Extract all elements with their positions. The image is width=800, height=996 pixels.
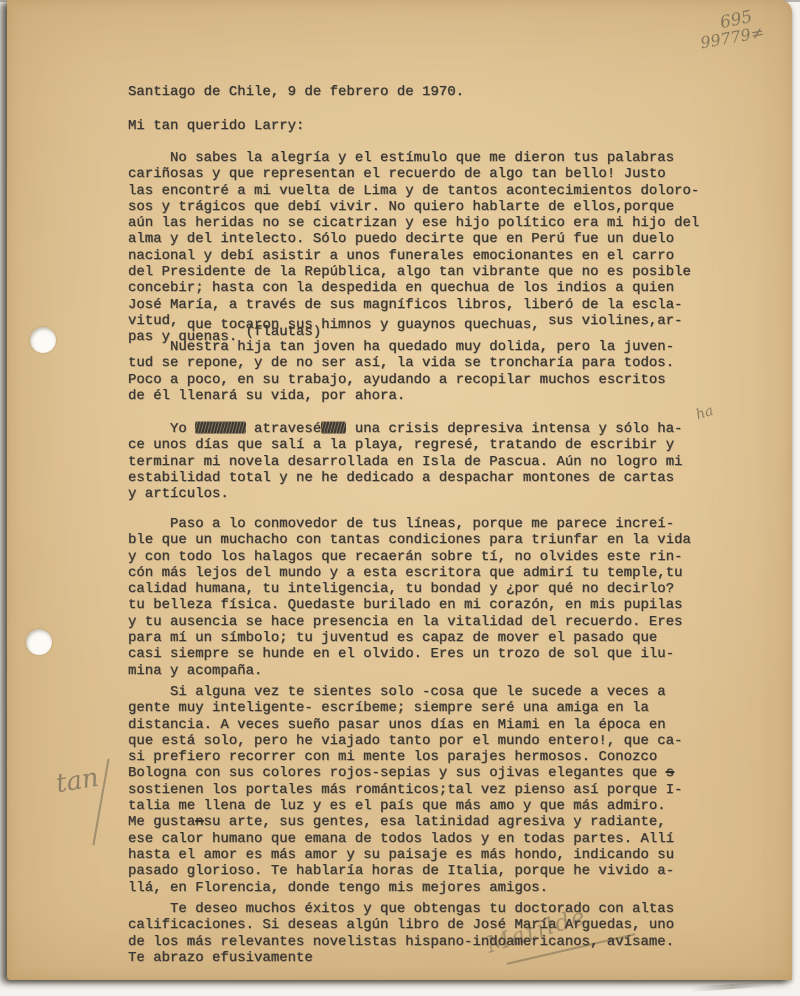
- ink-scribble: [195, 422, 245, 433]
- letter-line: No sabes la alegría y el estímulo que me…: [128, 150, 699, 166]
- letter-line: y artículos.: [128, 486, 683, 502]
- letter-text-segment: sus violines,ar-: [540, 313, 683, 329]
- letter-text-segment: n: [195, 814, 203, 830]
- letter-line: pasado glorioso. Te hablaría horas de It…: [128, 863, 683, 879]
- letter-paragraphs: No sabes la alegría y el estímulo que me…: [128, 0, 768, 980]
- letter-line: si prefiero recorrer con mi mente los pa…: [128, 749, 683, 765]
- letter-line: del Presidente de la República, algo tan…: [128, 264, 699, 280]
- letter-text-segment: Me gusta: [128, 814, 195, 830]
- letter-line: ese calor humano que emana de todos lado…: [128, 831, 683, 847]
- letter-line: Me gustansu arte, sus gentes, esa latini…: [128, 814, 683, 830]
- letter-line: estabilidad total y ne he dedicado a des…: [128, 470, 683, 486]
- letter-line: Nuestra hija tan joven ha quedado muy do…: [128, 339, 674, 355]
- letter-paragraph: Paso a lo conmovedor de tus líneas, porq…: [128, 516, 691, 679]
- letter-line: alma y del intelecto. Sólo puedo decirte…: [128, 231, 699, 247]
- letter-line: calidad humana, tu inteligencia, tu bond…: [128, 581, 691, 597]
- letter-line: ce unos días que salí a la playa, regres…: [128, 437, 683, 453]
- letter-paragraph: Te deseo muchos éxitos y que obtengas tu…: [128, 901, 674, 950]
- letter-line: y con todo los halagos que recaerán sobr…: [128, 549, 691, 565]
- letter-line: sos y trágicos que debí vivir. No quiero…: [128, 199, 699, 215]
- letter-text-segment: una crisis depresiva intensa y sólo ha-: [346, 421, 682, 437]
- letter-line: casi siempre se hunde en el olvido. Eres…: [128, 646, 691, 662]
- letter-line: Bologna con sus colores rojos-sepias y s…: [128, 765, 683, 781]
- letter-line: mina y acompaña.: [128, 663, 691, 679]
- closing-line: Te abrazo efusivamente: [128, 950, 313, 966]
- letter-text-segment: Yo: [128, 421, 195, 437]
- letter-line: llá, en Florencia, donde tengo mis mejor…: [128, 880, 683, 896]
- letter-text-segment: que tocaron sus himnos y guaynos quechua…: [187, 317, 540, 333]
- letter-line: aún las heridas no se cicatrizan y ese h…: [128, 215, 699, 231]
- letter-line: que está solo, pero he viajado tanto por…: [128, 733, 683, 749]
- letter-line: tud se repone, y de no ser así, la vida …: [128, 355, 674, 371]
- letter-line: cariñosas y que representan el recuerdo …: [128, 166, 699, 182]
- letter-paragraph: Yo atravesé una crisis depresiva intensa…: [128, 421, 683, 502]
- margin-note-annotation: tan: [54, 763, 101, 799]
- letter-page: 695 99779≠ tan ha Matilde Santiago de Ch…: [7, 0, 792, 980]
- letter-line: José María, a través de sus magníficos l…: [128, 297, 699, 313]
- letter-line: calificaciones. Si deseas algún libro de…: [128, 917, 674, 933]
- letter-line: Yo atravesé una crisis depresiva intensa…: [128, 421, 683, 437]
- hole-punch-top: [30, 327, 56, 353]
- letter-line: sostienen los portales más románticos;ta…: [128, 782, 683, 798]
- letter-body: Santiago de Chile, 9 de febrero de 1970.…: [128, 0, 768, 980]
- letter-text-segment: vitud,: [128, 313, 187, 329]
- letter-line: ble que un muchacho con tantas condicion…: [128, 532, 691, 548]
- letter-line: gente muy inteligente- escríbeme; siempr…: [128, 700, 683, 716]
- letter-paragraph: Si alguna vez te sientes solo -cosa que …: [128, 684, 683, 896]
- letter-line: de él llenará su vida, por ahora.: [128, 388, 674, 404]
- hole-punch-bottom: [26, 629, 52, 655]
- letter-line: Paso a lo conmovedor de tus líneas, porq…: [128, 516, 691, 532]
- scanned-letter: 695 99779≠ tan ha Matilde Santiago de Ch…: [0, 0, 800, 996]
- letter-line: las encontré a mi vuelta de Lima y de ta…: [128, 183, 699, 199]
- letter-line: vitud, que tocaron sus himnos y guaynos …: [128, 313, 699, 329]
- letter-line: tu belleza física. Quedaste burilado en …: [128, 597, 691, 613]
- letter-text-segment: atravesé: [246, 421, 322, 437]
- letter-line: nacional y debí asistir a unos funerales…: [128, 248, 699, 264]
- letter-line: de los más relevantes novelistas hispano…: [128, 934, 674, 950]
- letter-line: concebir; hasta con la despedida en quec…: [128, 280, 699, 296]
- letter-text-segment: (flautas): [246, 324, 322, 340]
- letter-line: Si alguna vez te sientes solo -cosa que …: [128, 684, 683, 700]
- letter-text-segment: Bologna con sus colores rojos-sepias y s…: [128, 765, 666, 781]
- letter-line: hasta el amor es más amor y su paisaje e…: [128, 847, 683, 863]
- letter-line: talia me llena de luz y es el país que m…: [128, 798, 683, 814]
- letter-paragraph: Nuestra hija tan joven ha quedado muy do…: [128, 339, 674, 404]
- letter-line: cón más lejos del mundo y a esta escrito…: [128, 565, 691, 581]
- letter-line: distancia. A veces sueño pasar unos días…: [128, 717, 683, 733]
- letter-text-segment: s: [666, 765, 674, 781]
- letter-line: y tu ausencia se hace presencia en la vi…: [128, 614, 691, 630]
- letter-paragraph: No sabes la alegría y el estímulo que me…: [128, 150, 699, 346]
- ink-scribble: [321, 422, 346, 433]
- letter-line: terminar mi novela desarrollada en Isla …: [128, 454, 683, 470]
- letter-line: Poco a poco, en su trabajo, ayudando a r…: [128, 372, 674, 388]
- letter-line: para mí un símbolo; tu juventud es capaz…: [128, 630, 691, 646]
- letter-text-segment: su arte, sus gentes, esa latinidad agres…: [204, 814, 666, 830]
- scan-smudge-artifact: [690, 981, 774, 992]
- letter-line: Te deseo muchos éxitos y que obtengas tu…: [128, 901, 674, 917]
